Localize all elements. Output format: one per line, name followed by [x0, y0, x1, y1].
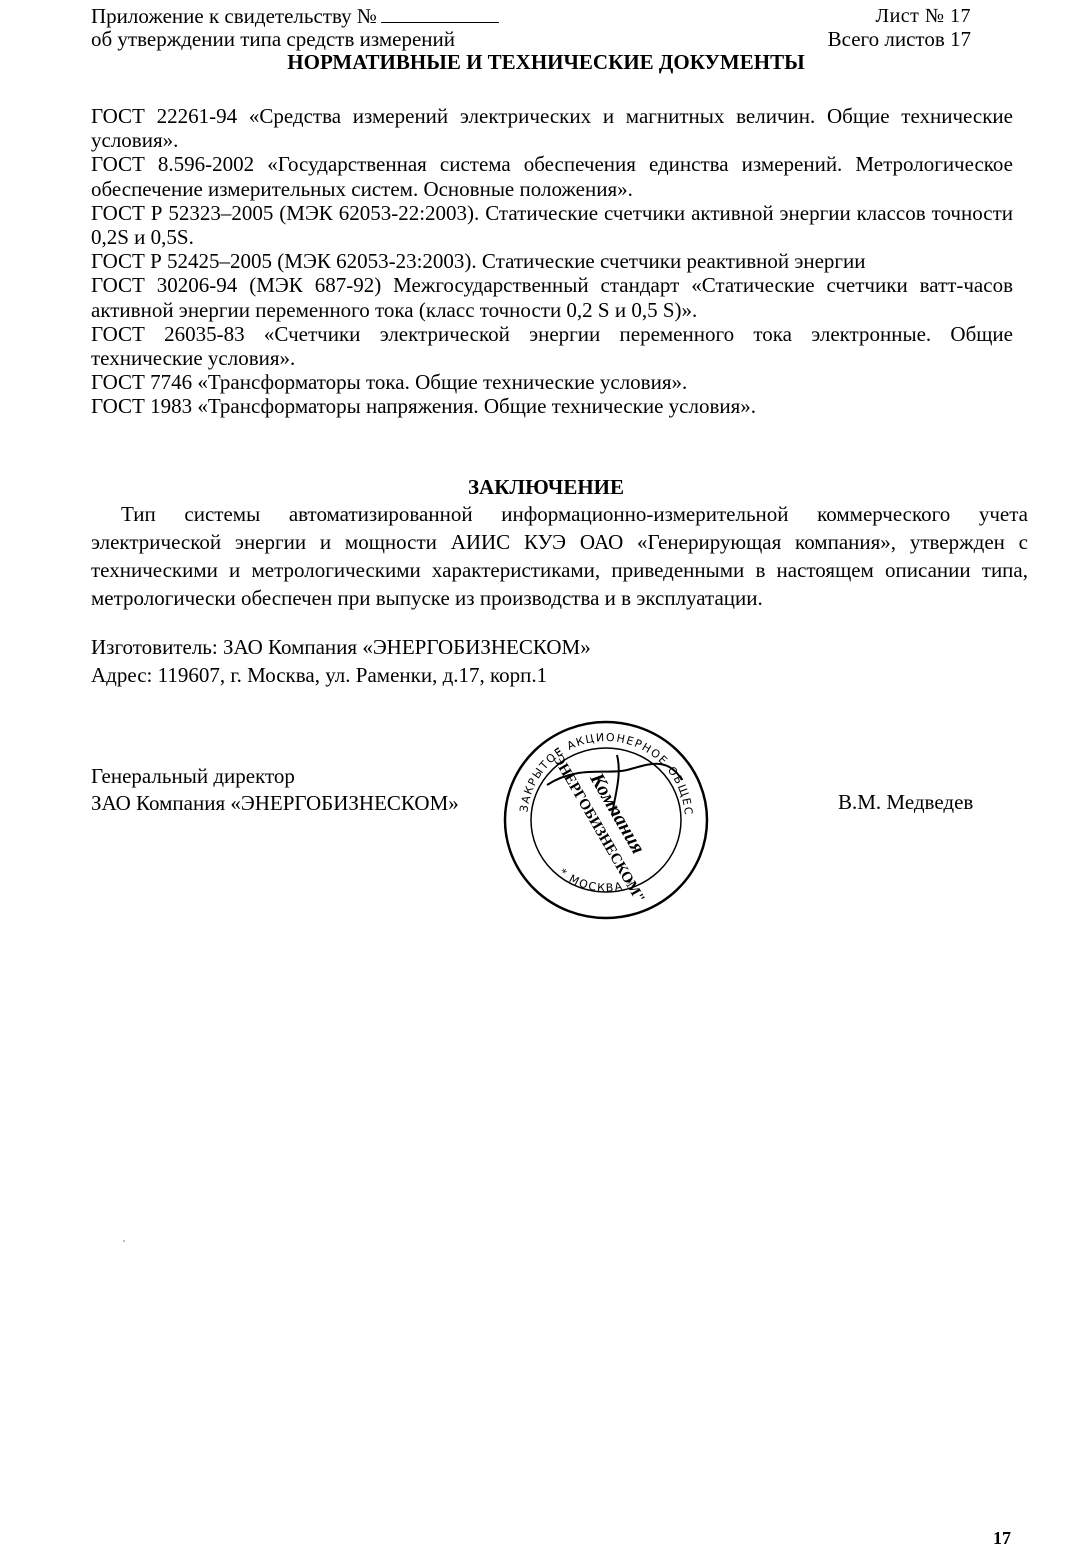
- doc-item: ГОСТ Р 52323–2005 (МЭК 62053-22:2003). С…: [91, 201, 1013, 249]
- normative-docs-list: ГОСТ 22261-94 «Средства измерений электр…: [91, 104, 1013, 419]
- company-seal-stamp: ЗАКРЫТОЕ АКЦИОНЕРНОЕ ОБЩЕСТВО ОГРН 10377…: [497, 715, 715, 925]
- signatory-company: ЗАО Компания «ЭНЕРГОБИЗНЕСКОМ»: [91, 790, 459, 817]
- signatory-block: Генеральный директор ЗАО Компания «ЭНЕРГ…: [91, 763, 459, 817]
- certificate-number-blank: [381, 6, 499, 23]
- signatory-position: Генеральный директор: [91, 763, 459, 790]
- sheet-number: Лист № 17: [876, 4, 971, 28]
- appendix-label-text: Приложение к свидетельству №: [91, 4, 377, 28]
- doc-item: ГОСТ 22261-94 «Средства измерений электр…: [91, 104, 1013, 152]
- page-number: 17: [993, 1528, 1011, 1549]
- doc-item: ГОСТ Р 52425–2005 (МЭК 62053-23:2003). С…: [91, 249, 1013, 273]
- document-page: Приложение к свидетельству № Лист № 17 о…: [0, 0, 1092, 1560]
- manufacturer-block: Изготовитель: ЗАО Компания «ЭНЕРГОБИЗНЕС…: [91, 633, 591, 689]
- scan-speck: [123, 1240, 125, 1242]
- total-sheets: Всего листов 17: [828, 27, 971, 51]
- conclusion-text: Тип системы автоматизированной информаци…: [91, 500, 1028, 612]
- doc-item: ГОСТ 1983 «Трансформаторы напряжения. Об…: [91, 394, 1013, 418]
- appendix-label: Приложение к свидетельству №: [91, 4, 499, 28]
- seal-icon: ЗАКРЫТОЕ АКЦИОНЕРНОЕ ОБЩЕСТВО ОГРН 10377…: [497, 715, 715, 925]
- manufacturer-address: Адрес: 119607, г. Москва, ул. Раменки, д…: [91, 661, 591, 689]
- doc-item: ГОСТ 7746 «Трансформаторы тока. Общие те…: [91, 370, 1013, 394]
- approval-label: об утверждении типа средств измерений: [91, 27, 455, 51]
- manufacturer-name: Изготовитель: ЗАО Компания «ЭНЕРГОБИЗНЕС…: [91, 633, 591, 661]
- doc-item: ГОСТ 26035-83 «Счетчики электрической эн…: [91, 322, 1013, 370]
- normative-docs-title: НОРМАТИВНЫЕ И ТЕХНИЧЕСКИЕ ДОКУМЕНТЫ: [0, 50, 1092, 75]
- signatory-name: В.М. Медведев: [838, 790, 973, 815]
- conclusion-title: ЗАКЛЮЧЕНИЕ: [0, 475, 1092, 500]
- doc-item: ГОСТ 8.596-2002 «Государственная система…: [91, 152, 1013, 200]
- doc-item: ГОСТ 30206-94 (МЭК 687-92) Межгосударств…: [91, 273, 1013, 321]
